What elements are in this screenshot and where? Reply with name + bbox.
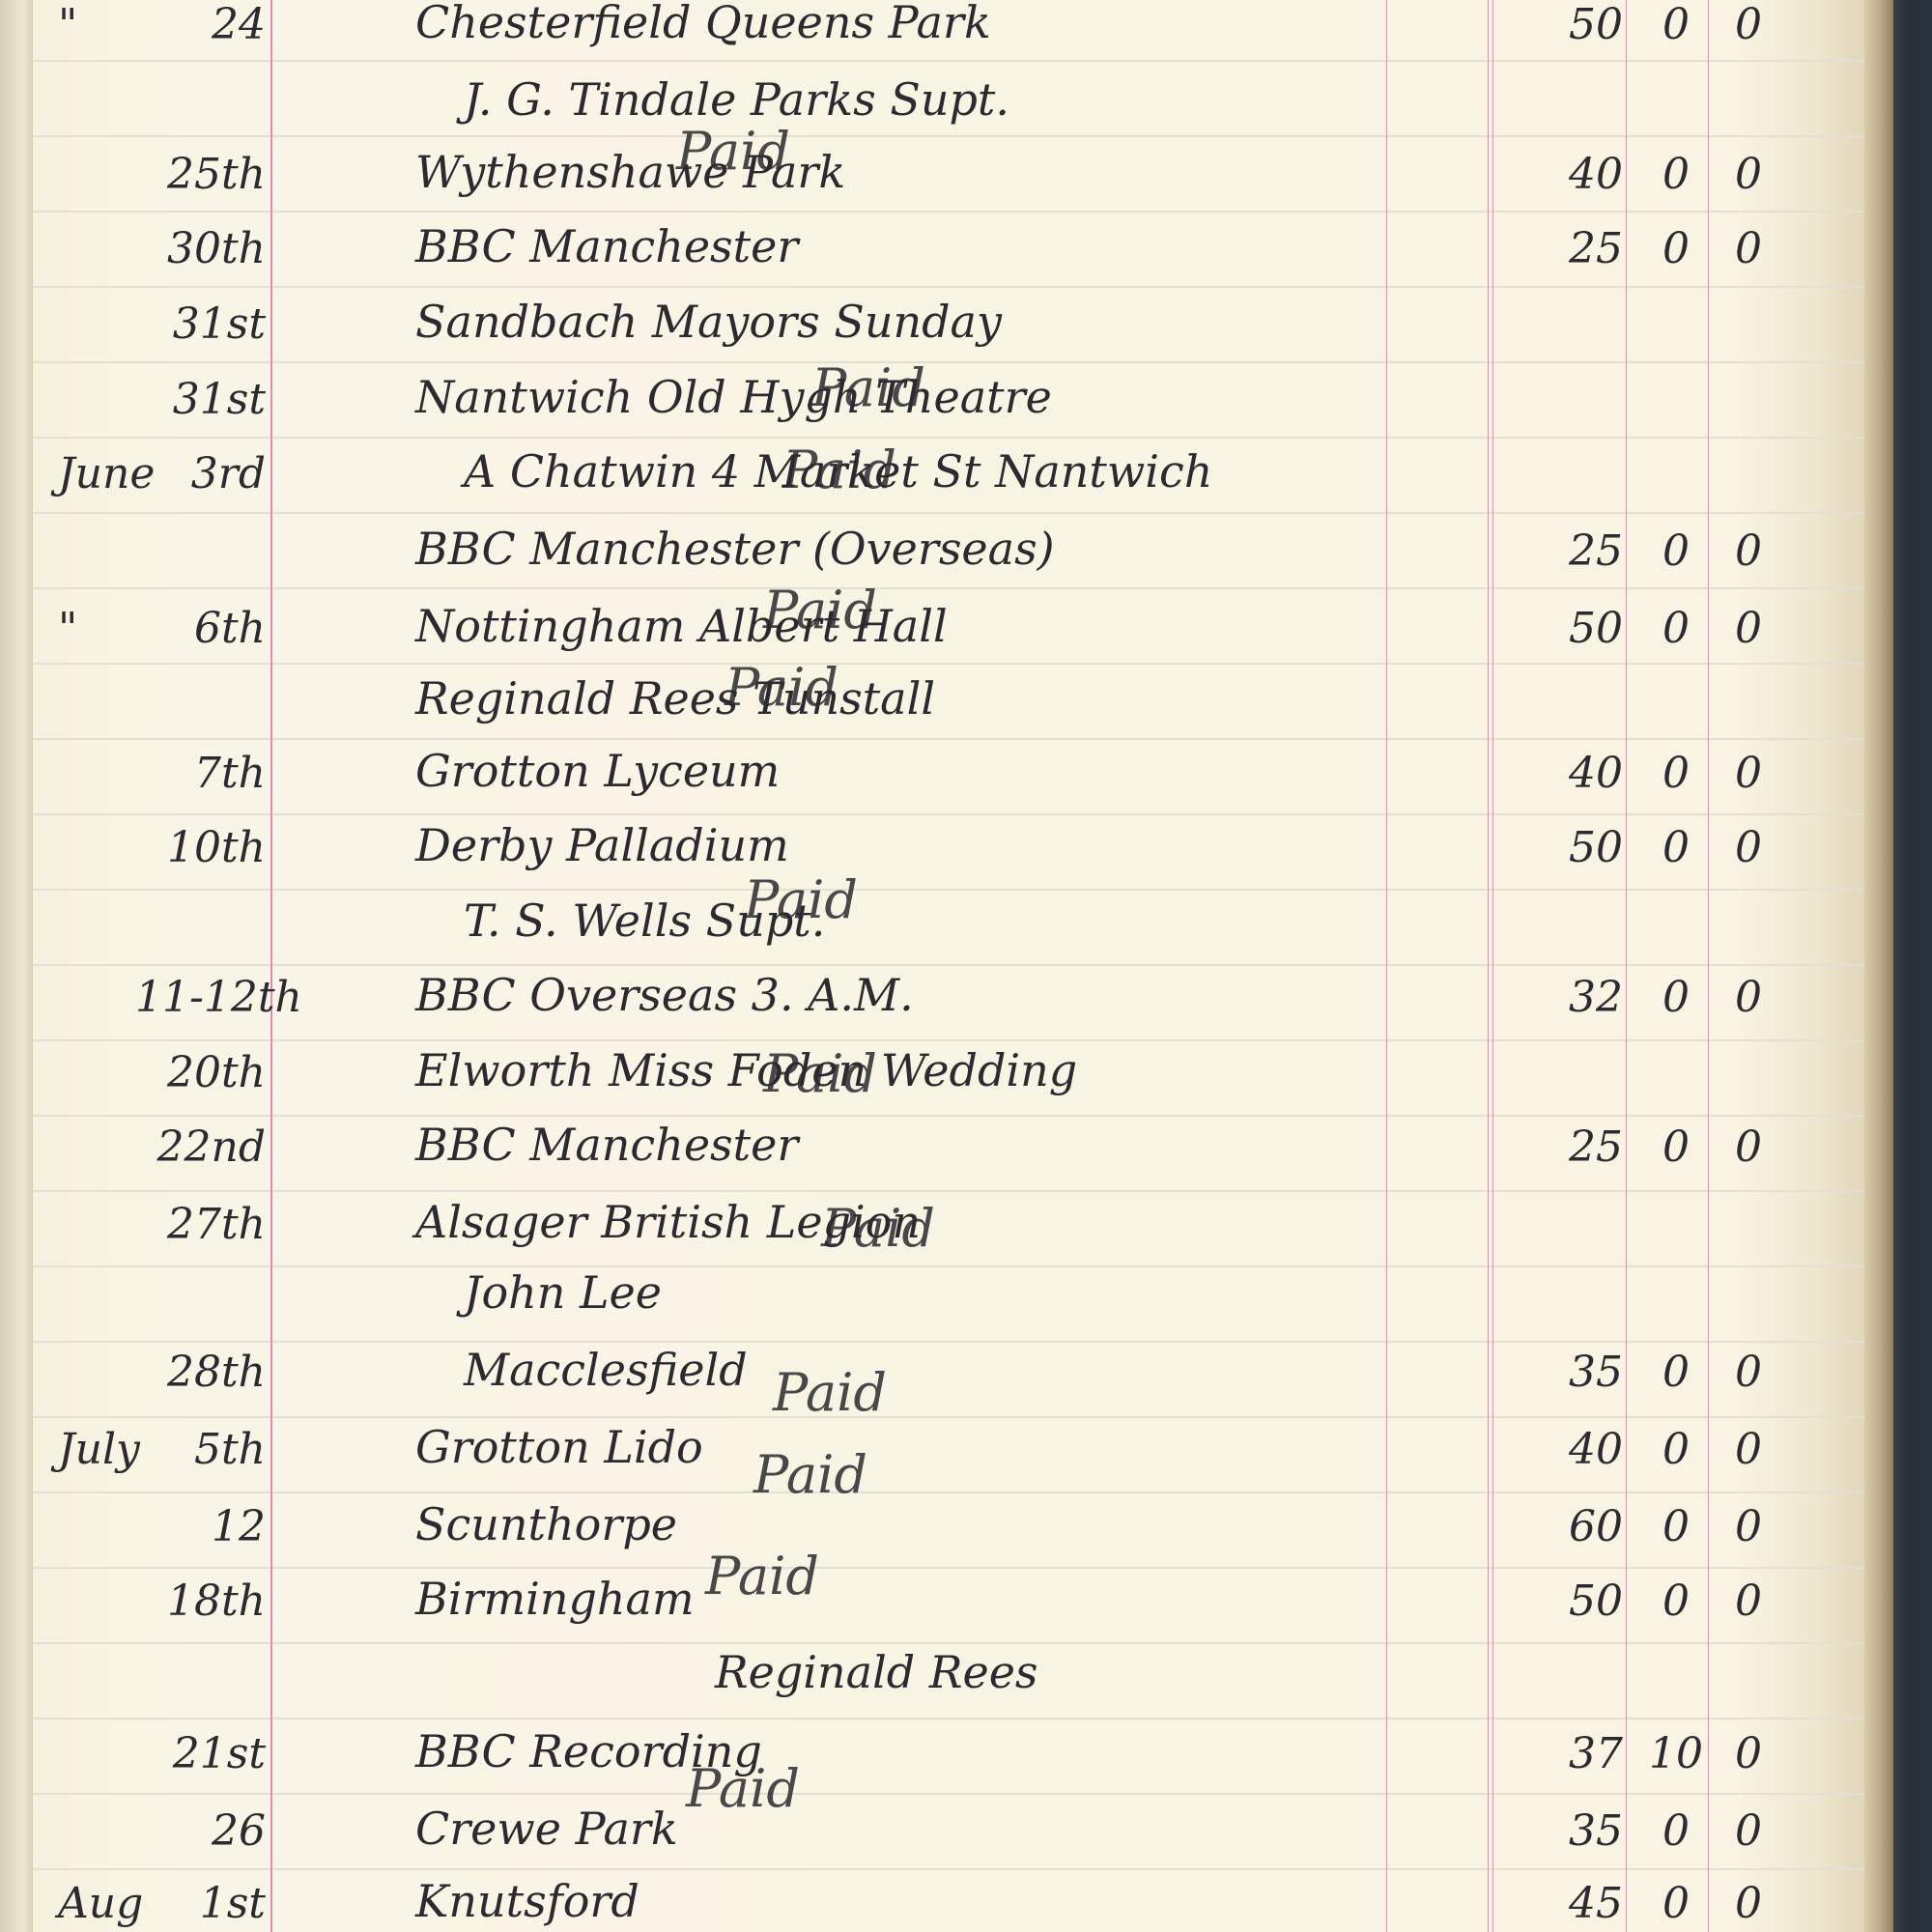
entry-pence: 0 [1719, 973, 1777, 1022]
pence-left-line [1708, 0, 1709, 1932]
entry-shillings: 10 [1642, 1729, 1710, 1778]
ruled-line [33, 1868, 1864, 1870]
entry-shillings: 0 [1642, 1806, 1710, 1856]
entry-day: 7th [135, 749, 266, 798]
entry-shillings: 0 [1642, 1577, 1710, 1626]
entry-pence: 0 [1719, 1577, 1777, 1626]
entry-pence: 0 [1719, 604, 1777, 653]
entry-description: Knutsford [415, 1875, 639, 1927]
paid-mark: Paid [773, 1362, 887, 1423]
entry-description: John Lee [464, 1266, 662, 1319]
ruled-line [33, 1039, 1864, 1041]
entry-pence: 0 [1719, 1879, 1777, 1928]
paid-mark: Paid [753, 1444, 867, 1505]
entry-shillings: 0 [1642, 224, 1710, 273]
ruled-line [33, 437, 1864, 439]
entry-pence: 0 [1719, 224, 1777, 273]
paid-mark: Paid [763, 580, 877, 640]
entry-description: J. G. Tindale Parks Supt. [464, 73, 1009, 126]
entry-day: 12 [135, 1502, 266, 1551]
entry-day: 20th [135, 1048, 266, 1097]
entry-day: 31st [135, 375, 266, 424]
entry-pounds: 37 [1507, 1729, 1623, 1778]
paid-mark: Paid [724, 657, 838, 718]
entry-description: Derby Palladium [415, 819, 789, 871]
entry-shillings: 0 [1642, 1122, 1710, 1172]
entry-day: 24 [135, 0, 266, 49]
ruled-line [33, 286, 1864, 288]
ruled-line [33, 1492, 1864, 1493]
ruled-line [33, 1265, 1864, 1267]
entry-day: 5th [135, 1425, 266, 1474]
paid-mark: Paid [763, 1043, 877, 1104]
ruled-line [33, 738, 1864, 740]
ruled-line [33, 211, 1864, 213]
paid-mark: Paid [782, 440, 896, 500]
entry-pounds: 40 [1507, 749, 1623, 798]
entry-description: Grotton Lido [415, 1421, 703, 1473]
entry-pounds: 60 [1507, 1502, 1623, 1551]
entry-description: Birmingham [415, 1573, 695, 1625]
entry-shillings: 0 [1642, 526, 1710, 576]
entry-pounds: 25 [1507, 224, 1623, 273]
entry-day: 10th [135, 823, 266, 872]
entry-day: 25th [135, 150, 266, 199]
entry-pounds: 40 [1507, 150, 1623, 199]
entry-description: Nantwich Old Hygh Theatre [415, 371, 1052, 423]
ruled-line [33, 361, 1864, 363]
entry-pounds: 50 [1507, 823, 1623, 872]
ruled-line [33, 512, 1864, 514]
ruled-line [33, 663, 1864, 665]
entry-description: BBC Manchester [415, 1119, 798, 1171]
entry-description: BBC Manchester [415, 220, 798, 272]
entry-description: BBC Manchester (Overseas) [415, 523, 1055, 575]
ruled-line [33, 1567, 1864, 1569]
entry-description: Sandbach Mayors Sunday [415, 296, 1002, 348]
entry-pounds: 35 [1507, 1806, 1623, 1856]
ruled-line [33, 587, 1864, 589]
entry-day: 26 [135, 1806, 266, 1856]
entry-description: Chesterfield Queens Park [415, 0, 991, 48]
entry-day: 31st [135, 299, 266, 349]
entry-day: 28th [135, 1348, 266, 1397]
entry-pence: 0 [1719, 526, 1777, 576]
entry-pence: 0 [1719, 1502, 1777, 1551]
entry-pounds: 45 [1507, 1879, 1623, 1928]
entry-description: Macclesfield [464, 1344, 748, 1396]
paid-mark: Paid [811, 357, 925, 418]
entry-description: Crewe Park [415, 1803, 678, 1855]
entry-day: 1st [135, 1879, 266, 1928]
entry-description: BBC Overseas 3. A.M. [415, 969, 914, 1021]
entry-day: 6th [135, 604, 266, 653]
entry-pounds: 25 [1507, 526, 1623, 576]
entry-pence: 0 [1719, 823, 1777, 872]
page-gutter [0, 0, 33, 1932]
shillings-left-line [1626, 0, 1627, 1932]
entry-pounds: 35 [1507, 1348, 1623, 1397]
paid-mark: Paid [705, 1546, 819, 1606]
paid-mark: Paid [744, 869, 858, 930]
entry-shillings: 0 [1642, 823, 1710, 872]
ledger-page: "24Chesterfield Queens Park5000J. G. Tin… [0, 0, 1893, 1932]
entry-description: Reginald Rees Tunstall [415, 672, 935, 724]
ruled-line [33, 1793, 1864, 1795]
entry-pounds: 50 [1507, 0, 1623, 49]
entry-pounds: 40 [1507, 1425, 1623, 1474]
entry-shillings: 0 [1642, 150, 1710, 199]
ruled-line [33, 135, 1864, 137]
paid-mark: Paid [686, 1758, 800, 1819]
entry-pence: 0 [1719, 0, 1777, 49]
entry-day: 21st [135, 1729, 266, 1778]
entry-day: 18th [135, 1577, 266, 1626]
entry-pounds: 50 [1507, 604, 1623, 653]
paid-mark: Paid [821, 1198, 935, 1259]
pounds-left-line [1488, 0, 1489, 1932]
page-edge [1864, 0, 1893, 1932]
ruled-line [33, 813, 1864, 815]
entry-description: Scunthorpe [415, 1498, 677, 1550]
ruled-line [33, 889, 1864, 891]
entry-description: Elworth Miss Foden Wedding [415, 1044, 1077, 1096]
ruled-line [33, 1190, 1864, 1192]
entry-day: 3rd [135, 449, 266, 498]
entry-pence: 0 [1719, 1348, 1777, 1397]
book-cover [1893, 0, 1932, 1932]
entry-shillings: 0 [1642, 1502, 1710, 1551]
entry-pence: 0 [1719, 749, 1777, 798]
entry-description: Reginald Rees [715, 1646, 1038, 1698]
entry-day: 30th [135, 224, 266, 273]
entry-day: 27th [135, 1200, 266, 1249]
entry-pounds: 50 [1507, 1577, 1623, 1626]
paid-mark: Paid [676, 121, 790, 182]
entry-pence: 0 [1719, 1122, 1777, 1172]
ruled-line [33, 1416, 1864, 1418]
ruled-line [33, 1642, 1864, 1644]
description-right-line [1386, 0, 1387, 1932]
ruled-line [33, 1718, 1864, 1719]
entry-pounds: 32 [1507, 973, 1623, 1022]
ruled-line [33, 60, 1864, 62]
entry-shillings: 0 [1642, 973, 1710, 1022]
ruled-line [33, 1115, 1864, 1117]
entry-day: 22nd [135, 1122, 266, 1172]
entry-shillings: 0 [1642, 1879, 1710, 1928]
entry-pence: 0 [1719, 1806, 1777, 1856]
date-margin-line [270, 0, 272, 1932]
entry-shillings: 0 [1642, 1425, 1710, 1474]
entry-shillings: 0 [1642, 0, 1710, 49]
entry-pence: 0 [1719, 150, 1777, 199]
entry-shillings: 0 [1642, 749, 1710, 798]
entry-pounds: 25 [1507, 1122, 1623, 1172]
entry-day: 11-12th [135, 973, 266, 1022]
pounds-left-line-double [1492, 0, 1493, 1932]
entry-pence: 0 [1719, 1729, 1777, 1778]
entry-shillings: 0 [1642, 604, 1710, 653]
entry-pence: 0 [1719, 1425, 1777, 1474]
entry-description: Grotton Lyceum [415, 745, 780, 797]
ruled-line [33, 964, 1864, 966]
entry-shillings: 0 [1642, 1348, 1710, 1397]
ruled-line [33, 1341, 1864, 1343]
